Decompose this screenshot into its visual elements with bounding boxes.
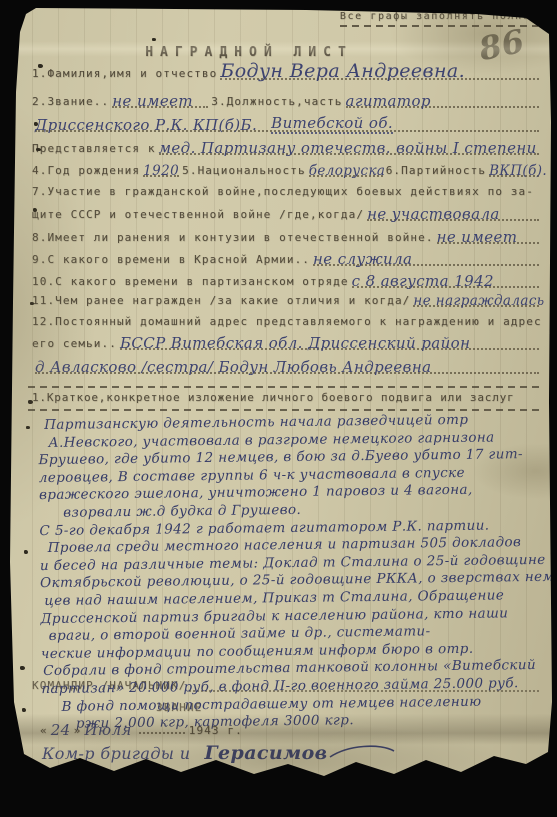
paper-speck [33, 208, 37, 212]
rank-label: 2.Звание.. [32, 95, 109, 108]
unit-row: Дриссенского Р.К. КП(б)Б. Витебской об. [32, 114, 542, 132]
partisan-since-field: с 8 августа 1942 [352, 272, 539, 288]
paper-speck [20, 666, 25, 670]
paper-speck [152, 38, 156, 41]
award-label: Представляется к [32, 142, 156, 155]
quote-close: » [74, 724, 82, 737]
partisan-since-value: с 8 августа 1942 [352, 272, 494, 290]
family-field: БССР Витебская обл. Дриссенский район [120, 334, 539, 350]
partisan-since-label: 10.С какого времени в партизанском отряд… [32, 275, 349, 288]
family-value: БССР Витебская обл. Дриссенский район [120, 334, 470, 352]
nationality-field: белоруска [309, 163, 383, 177]
war-participation-line: 7.Участие в гражданской войне,последующи… [32, 185, 534, 198]
name-value: Бодун Вера Андреевна. [220, 60, 465, 82]
partisan-since-row: 10.С какого времени в партизанском отряд… [32, 272, 542, 288]
nationality-value: белоруска [309, 163, 386, 179]
paper-speck [26, 426, 30, 429]
paper-speck [28, 400, 33, 404]
paper-speck [34, 122, 38, 126]
brigade-signature: Герасимов [205, 742, 328, 764]
feat-section-heading: 1.Краткое,конкретное изложение личного б… [32, 391, 542, 404]
prior-awards-field: не награждалась [413, 293, 539, 307]
secretary-title: Секретарь РК КП(б)Б [58, 770, 242, 788]
unit-value-b: Витебской об. [271, 114, 393, 134]
position-label: 3.Должность,часть [211, 95, 342, 108]
address-row-2: его семьи.. БССР Витебская обл. Дриссенс… [32, 334, 542, 350]
wounds-label: 8.Имеет ли ранения и контузии в отечеств… [32, 231, 434, 244]
rank-field: не имеет [112, 92, 208, 108]
signature-flourish [328, 743, 398, 763]
name-label: 1.Фамилия,имя и отчество [32, 67, 217, 80]
wounds-value: не имеет [437, 228, 518, 246]
fill-note-text: Все графы заполнять полнос [340, 11, 538, 22]
birth-year-value: 1920 [143, 163, 179, 179]
ink-smudge [18, 744, 22, 754]
secretary-signature-row: Секретарь РК КП(б)Б [58, 766, 542, 792]
date-leader [139, 730, 185, 734]
wounds-field: не имеет [437, 228, 539, 244]
quote-open: « [40, 724, 48, 737]
red-army-row: 9.С какого времени в Красной Армии.. не … [32, 250, 542, 266]
birth-nationality-party-row: 4.Год рождения 1920 5.Национальность бел… [32, 163, 542, 177]
award-row: Представляется к мед. Партизану отечеств… [32, 139, 542, 155]
party-label: 6.Партийность [386, 164, 486, 177]
unit-value-a: Дриссенского Р.К. КП(б)Б. [35, 116, 257, 134]
document-content: Все графы заполнять полнос 86 НАГРАДНОЙ … [6, 2, 552, 784]
brigade-title: Ком-р бригады и [42, 744, 191, 763]
war-participation-row-2: щите СССР и отечественной войне /где,ког… [32, 205, 542, 221]
position-field: агитатор [346, 92, 539, 108]
paper-speck [36, 148, 41, 151]
nationality-label: 5.Национальность [182, 164, 306, 177]
citation-text: Партизанскую деятельность начала разведч… [38, 411, 546, 734]
separator-dashes-bottom [28, 409, 542, 411]
war-participation-row-1: 7.Участие в гражданской войне,последующи… [32, 185, 542, 198]
red-army-value: не служила [313, 250, 412, 268]
prior-awards-label: 11.Чем ранее награжден /за какие отличия… [32, 294, 410, 307]
document-title: НАГРАДНОЙ ЛИСТ [6, 45, 492, 60]
paper-speck [30, 302, 34, 305]
name-field: Бодун Вера Андреевна. [220, 60, 539, 80]
war-participation-field: не участвовала [367, 205, 539, 221]
family-label: его семьи.. [32, 337, 117, 350]
scanned-award-sheet: Все графы заполнять полнос 86 НАГРАДНОЙ … [6, 2, 552, 784]
name-row: 1.Фамилия,имя и отчество Бодун Вера Андр… [32, 60, 542, 80]
paper-speck [24, 550, 28, 554]
date-day: 24 [51, 721, 71, 739]
party-value: ВКП(б). [489, 163, 547, 179]
address-line: 12.Постоянный домашний адрес представляе… [32, 315, 542, 328]
unit-field: Дриссенского Р.К. КП(б)Б. Витебской об. [35, 114, 539, 132]
date-month: Июля [84, 721, 131, 739]
red-army-label: 9.С какого времени в Красной Армии.. [32, 253, 310, 266]
scan-background: { "document": { "fill_note": "Все графы … [0, 0, 557, 817]
brigade-signature-row: Ком-р бригады и Герасимов [42, 742, 542, 764]
paper-speck [38, 64, 43, 68]
separator-dashes-top [28, 386, 542, 388]
prior-awards-value: не награждалась [413, 293, 544, 309]
village-value: д Авласково /сестра/ Бодун Любовь Андрее… [35, 358, 431, 376]
rank-position-row: 2.Звание.. не имеет 3.Должность,часть аг… [32, 92, 542, 108]
award-value: мед. Партизану отечеств. войны I степени [159, 139, 537, 157]
village-field: д Авласково /сестра/ Бодун Любовь Андрее… [35, 358, 539, 374]
award-field: мед. Партизану отечеств. войны I степени [159, 139, 539, 155]
rank-value: не имеет [112, 92, 193, 110]
address-row-1: 12.Постоянный домашний адрес представляе… [32, 315, 542, 328]
secretary-signature-scribble [256, 766, 352, 792]
war-participation-value: не участвовала [367, 205, 500, 223]
confirming-name: (Герасимов) [400, 770, 508, 789]
birth-year-field: 1920 [143, 163, 179, 177]
red-army-field: не служила [313, 250, 539, 266]
paper-speck [22, 708, 26, 712]
address-row-3: д Авласково /сестра/ Бодун Любовь Андрее… [32, 358, 542, 374]
date-year: 1943 г. [189, 724, 243, 737]
war-participation-label: щите СССР и отечественной войне /где,ког… [32, 208, 364, 221]
birth-year-label: 4.Год рождения [32, 164, 140, 177]
party-field: ВКП(б). [489, 163, 539, 177]
position-value: агитатор [346, 92, 431, 110]
date-row: « 24 » Июля 1943 г. [40, 721, 243, 737]
prior-awards-row: 11.Чем ранее награжден /за какие отличия… [32, 293, 542, 307]
wounds-row: 8.Имеет ли ранения и контузии в отечеств… [32, 228, 542, 244]
